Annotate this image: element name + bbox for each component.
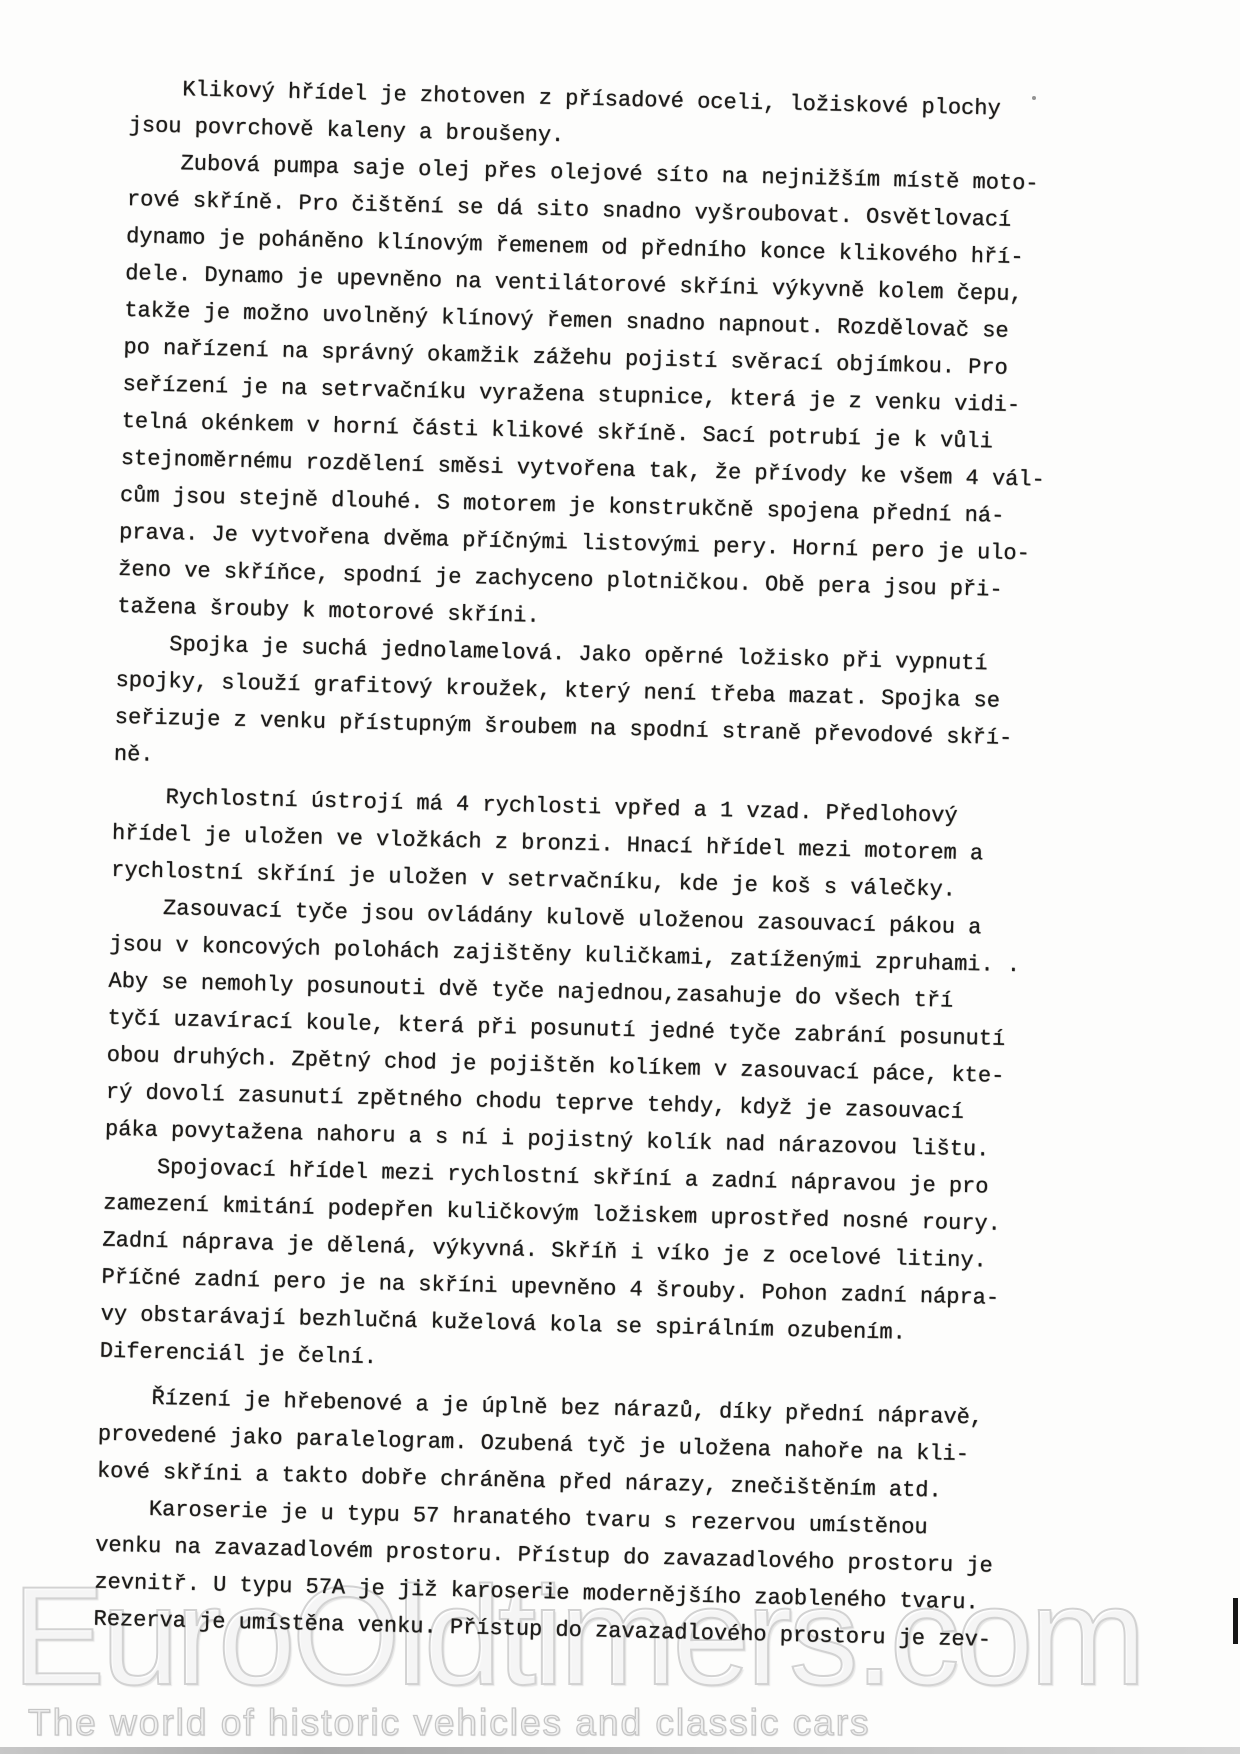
scan-edge-artifact: [1233, 1598, 1238, 1644]
scanned-document-page: Klikový hřídel je zhotoven z přísadové o…: [0, 0, 1240, 1754]
scan-speck: [1032, 96, 1036, 100]
paragraph-2: Zubová pumpa saje olej přes olejové síto…: [117, 144, 1096, 648]
watermark-tagline: The world of historic vehicles and class…: [28, 1703, 871, 1744]
scan-bottom-edge: [0, 1747, 1240, 1754]
paragraph-8: Karoserie je u typu 57 hranatého tvaru s…: [93, 1490, 1064, 1661]
typewritten-text-block: Klikový hřídel je zhotoven z přísadové o…: [93, 70, 1098, 1660]
paragraph-6: Spojovací hřídel mezi rychlostní skříní …: [99, 1148, 1072, 1393]
paragraph-3: Spojka je suchá jednolamelová. Jako opěr…: [113, 625, 1084, 796]
paragraph-5: Zasouvací tyče jsou ovládány kulově ulož…: [105, 889, 1079, 1171]
